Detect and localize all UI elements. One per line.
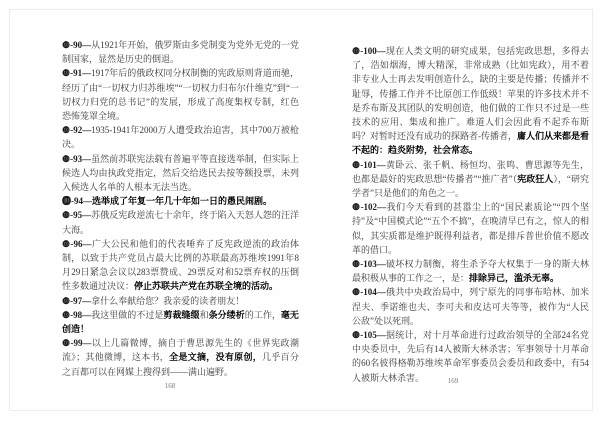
paragraph: ❿-103—破坏权力制衡，将生杀予夺大权集于一身的斯大林最积极从事的工作之一，是… [352, 257, 589, 285]
item-marker: ❿-92— [62, 125, 91, 135]
item-marker: ❿-93— [62, 154, 91, 164]
text-segment: 拿什么奉献给您？我亲爱的读者朋友！ [91, 296, 244, 306]
paragraph: ❿-102—我们今天看到的甚嚣尘上的“国民素质论”“四个坚持”及“中国模式论”“… [352, 200, 589, 257]
text-segment: 俄共中央政治局中，列宁原先的同事布哈林、加米涅夫、季诺维也夫、李可夫和皮达可夫等… [352, 287, 589, 325]
item-marker: ❿-103— [352, 259, 386, 269]
item-marker: ❿-98— [62, 310, 91, 320]
text-segment: 停止苏联共产党在苏联全境的活动。 [134, 281, 278, 291]
item-marker: ❿-100— [352, 46, 386, 56]
paragraph: ❿-104—俄共中央政治局中，列宁原先的同事布哈林、加米涅夫、季诺维也夫、李可夫… [352, 285, 589, 328]
page-left-text-block: ❿-90—从1921年开始，俄罗斯由多党制变为党外无党的一党制国家，显然是历史的… [62, 38, 299, 379]
text-segment: 宪政狂人 [517, 174, 553, 184]
item-marker: ❿-97— [62, 296, 91, 306]
text-segment: 剪裁缝缀 [163, 310, 199, 320]
text-segment: 我们今天看到的甚嚣尘上的“国民素质论”“四个坚持”及“中国模式论”“五个不搞”，… [352, 202, 589, 255]
item-marker: ❿-104— [352, 287, 386, 297]
paragraph: ❿-105—据统计，对十月革命进行过政治领导的全部24名党中央委员中，先后有14… [352, 328, 589, 385]
item-marker: ❿-99— [62, 338, 92, 348]
item-marker: ❿-95— [62, 210, 91, 220]
text-segment: 我这里做的不过是 [91, 310, 163, 320]
paragraph: ❿-91—1917年后的俄政权同分权制衡的宪政原则背道而驰，经历了由“一切权力归… [62, 66, 299, 123]
text-segment: 和 [200, 310, 209, 320]
item-marker: ❿-105— [352, 330, 386, 340]
item-marker: ❿-90— [62, 40, 91, 50]
text-segment: 条分缕析 [209, 310, 245, 320]
paragraph: ❿-99—以上几篇微博，摘自于曹思源先生的《世界宪政潮流》；其他微博，这本书，全… [62, 336, 299, 379]
text-segment: 全是文摘，没有原创， [169, 352, 262, 362]
text-segment: 1935-1941年2000万人遭受政治迫害，其中700万被枪决。 [62, 125, 299, 149]
paragraph: ❿-96—广大公民和他们的代表唾弃了反宪政逆流的政治体制，以致于共产党员占最大比… [62, 237, 299, 294]
text-segment: 苏俄反宪政逆流七十余年，终于陷入天怒人怨的汪洋大海。 [62, 210, 299, 234]
paragraph: ❿-95—苏俄反宪政逆流七十余年，终于陷入天怒人怨的汪洋大海。 [62, 208, 299, 236]
text-segment: 从1921年开始，俄罗斯由多党制变为党外无党的一党制国家，显然是历史的倒退。 [62, 40, 299, 64]
paragraph: ❿-90—从1921年开始，俄罗斯由多党制变为党外无党的一党制国家，显然是历史的… [62, 38, 299, 66]
text-segment: 选举成了年复一年几十年如一日的愚民闹剧。 [92, 196, 272, 206]
paragraph: ❿-92—1935-1941年2000万人遭受政治迫害，其中700万被枪决。 [62, 123, 299, 151]
page-right-text-block: ❿-100—现在人类文明的研究成果，包括宪政思想，多得去了，浩如烟海，博大精深，… [352, 44, 589, 385]
paragraph: ❿-101—黄卧云、张千帆、杨恒均、张鸣、曹思源等先生，也都是最好的宪政思想“传… [352, 158, 589, 201]
book-spread-scan: ❿-90—从1921年开始，俄罗斯由多党制变为党外无党的一党制国家，显然是历史的… [0, 0, 600, 421]
page-number-right: 169 [438, 377, 468, 385]
paragraph: ❿-97—拿什么奉献给您？我亲爱的读者朋友！ [62, 294, 299, 308]
item-marker: ❿-96— [62, 239, 92, 249]
text-segment: 的工作， [245, 310, 281, 320]
text-segment: 1917年后的俄政权同分权制衡的宪政原则背道而驰，经历了由“一切权力归苏维埃”“… [62, 68, 299, 121]
item-marker: ❿-94— [62, 196, 92, 206]
item-marker: ❿-101— [352, 160, 386, 170]
item-marker: ❿-102— [352, 202, 386, 212]
paragraph: ❿-100—现在人类文明的研究成果，包括宪政思想，多得去了，浩如烟海，博大精深，… [352, 44, 589, 158]
text-segment: 现在人类文明的研究成果，包括宪政思想，多得去了，浩如烟海，博大精深，非常成熟（比… [352, 46, 589, 141]
paragraph: ❿-98—我这里做的不过是剪裁缝缀和条分缕析的工作，毫无创造！ [62, 308, 299, 336]
text-segment: 排除异己，滥杀无辜。 [469, 273, 559, 283]
text-segment: 虽然前苏联宪法载有普遍平等直接选举制，但实际上候选人均由执政党指定，然后交给选民… [62, 154, 299, 192]
item-marker: ❿-91— [62, 68, 91, 78]
paragraph: ❿-93—虽然前苏联宪法载有普遍平等直接选举制，但实际上候选人均由执政党指定，然… [62, 152, 299, 195]
page-number-left: 168 [155, 382, 185, 390]
text-segment: 据统计，对十月革命进行过政治领导的全部24名党中央委员中，先后有14人被斯大林杀… [352, 330, 589, 383]
paragraph: ❿-94—选举成了年复一年几十年如一日的愚民闹剧。 [62, 194, 299, 208]
